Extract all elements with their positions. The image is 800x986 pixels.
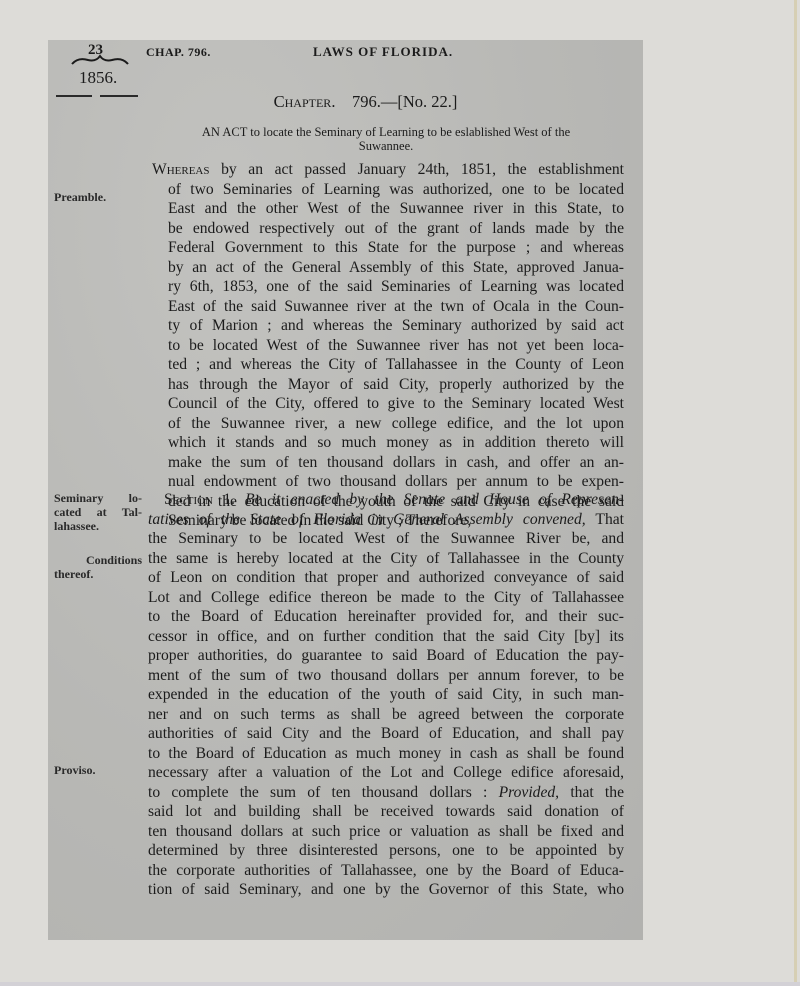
text-line: cessor in office, and on further conditi… <box>148 627 624 647</box>
text-line: Federal Government to this State for the… <box>152 238 624 258</box>
section-label: Section 1. <box>164 491 235 508</box>
text-line: of Leon on condition that proper and aut… <box>148 568 624 588</box>
text-line: Section 1. Be it enacted by the Senate a… <box>148 490 624 510</box>
text-line: has through the Mayor of said City, prop… <box>152 375 624 395</box>
text-line: tion of said Seminary, and one by the Go… <box>148 880 624 900</box>
text-line: tatives of the State of Florida in Gener… <box>148 510 624 530</box>
text-line: make the sum of ten thousand dollars in … <box>152 453 624 473</box>
text-line: to be located West of the Suwannee river… <box>152 336 624 356</box>
text-line: authorities of said City and the Board o… <box>148 724 624 744</box>
brace-ornament-icon <box>70 54 130 66</box>
provided-word: Provided, <box>499 784 559 801</box>
text-line: Council of the City, offered to give to … <box>152 394 624 414</box>
text-line: the Seminary to be located West of the S… <box>148 529 624 549</box>
text-line: which it stands and so much money as in … <box>152 433 624 453</box>
text-line: the corporate authorities of Tallahassee… <box>148 861 624 881</box>
running-title: LAWS OF FLORIDA. <box>313 44 453 60</box>
year-label: 1856. <box>79 68 117 88</box>
act-title-line: AN ACT to locate the Seminary of Learnin… <box>151 125 621 139</box>
text-line: ty of Marion ; and whereas the Seminary … <box>152 316 624 336</box>
text-line: the same is hereby located at the City o… <box>148 549 624 569</box>
text-line: ted ; and whereas the City of Tallahasse… <box>152 355 624 375</box>
whereas-word: Whereas <box>152 161 210 178</box>
text-line: East and the other West of the Suwannee … <box>152 199 624 219</box>
text-line: ment of the sum of two thousand dollars … <box>148 666 624 686</box>
act-title-line: Suwannee. <box>151 139 621 153</box>
text-line: ry 6th, 1853, one of the said Seminaries… <box>152 277 624 297</box>
text-line: expended in the education of the youth o… <box>148 685 624 705</box>
text-line: ten thousand dollars at such price or va… <box>148 822 624 842</box>
text-line: East of the said Suwannee river at the t… <box>152 297 624 317</box>
text-line: of the Suwannee river, a new college edi… <box>152 414 624 434</box>
margin-note-seminary-located: Seminary lo- cated at Tal- lahassee. <box>54 491 142 533</box>
text-line: to the Board of Education as much money … <box>148 744 624 764</box>
chapter-label: Chapter. <box>274 92 336 111</box>
text-line: ner and on such terms as shall be agreed… <box>148 705 624 725</box>
text-line: determined by three disinterested person… <box>148 841 624 861</box>
text-line: by an act of the General Assembly of thi… <box>152 258 624 278</box>
section-1-paragraph: Section 1. Be it enacted by the Senate a… <box>148 490 624 900</box>
text-line: Whereas by an act passed January 24th, 1… <box>152 160 624 180</box>
text-line: proper authorities, do guarantee to said… <box>148 646 624 666</box>
text-line: nual endowment of two thousand dollars p… <box>152 472 624 492</box>
chapter-number: 796.—[No. 22.] <box>352 92 457 111</box>
act-title: AN ACT to locate the Seminary of Learnin… <box>151 125 621 153</box>
chapter-heading: Chapter. 796.—[No. 22.] <box>48 92 643 112</box>
text-line: of two Seminaries of Learning was author… <box>152 180 624 200</box>
chapter-reference: CHAP. 796. <box>146 45 211 60</box>
text-line: Lot and College edifice thereon be made … <box>148 588 624 608</box>
text-line: be endowed respectively out of the grant… <box>152 219 624 239</box>
text-line: to complete the sum of ten thousand doll… <box>148 783 624 803</box>
scan-bottom-edge <box>0 982 800 986</box>
text-line: necessary after a valuation of the Lot a… <box>148 763 624 783</box>
margin-note-proviso: Proviso. <box>54 763 95 777</box>
text-line: to the Board of Education hereinafter pr… <box>148 607 624 627</box>
document-page: 23 1856. CHAP. 796. LAWS OF FLORIDA. Cha… <box>48 40 643 940</box>
text-line: said lot and building shall be received … <box>148 802 624 822</box>
scan-edge <box>794 0 797 986</box>
margin-note-preamble: Preamble. <box>54 190 106 204</box>
preamble-paragraph: Whereas by an act passed January 24th, 1… <box>152 160 624 531</box>
margin-note-conditions: Conditions thereof. <box>54 553 142 581</box>
